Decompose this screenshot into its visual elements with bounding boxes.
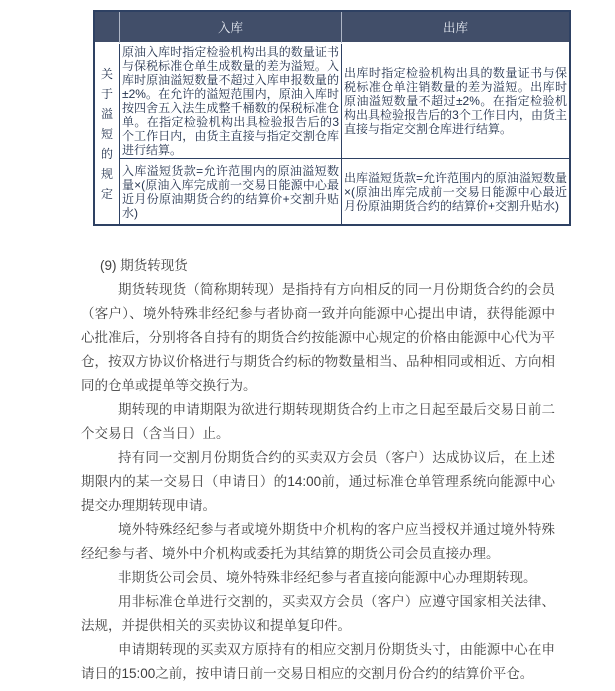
paragraph: 持有同一交割月份期货合约的买卖双方会员（客户）达成协议后，在上述期限内的某一交易… xyxy=(81,446,555,518)
paragraph: 期转现的申请期限为欲进行期转现期货合约上市之日起至最后交易日前二个交易日（含当日… xyxy=(81,398,555,446)
table-header-outbound: 出库 xyxy=(341,12,569,44)
paragraph: 期货转现货（简称期转现）是指持有方向相反的同一月份期货合约的会员（客户）、境外特… xyxy=(81,278,555,398)
cell-outbound-payment-formula: 出库溢短货款=允许范围内的原油溢短数量×(原油出库完成前一交易日能源中心最近月份… xyxy=(341,158,569,224)
table-row: 入库溢短货款=允许范围内的原油溢短数量×(原油入库完成前一交易日能源中心最近月份… xyxy=(95,158,569,224)
table-header-corner xyxy=(95,12,119,44)
document-body: (9) 期货转现货 期货转现货（简称期转现）是指持有方向相反的同一月份期货合约的… xyxy=(81,254,555,686)
paragraph: 用非标准仓单进行交割的，买卖双方会员（客户）应遵守国家相关法律、法规，并提供相关… xyxy=(81,590,555,638)
table-row: 关于溢短的规定 原油入库时指定检验机构出具的数量证书与保税标准仓单生成数量的差为… xyxy=(95,44,569,158)
table-side-label: 关于溢短的规定 xyxy=(95,44,119,224)
paragraph: 非期货公司会员、境外特殊非经纪参与者直接向能源中心办理期转现。 xyxy=(81,566,555,590)
paragraph: 申请期转现的买卖双方原持有的相应交割月份期货头寸，由能源中心在申请日的15:00… xyxy=(81,638,555,686)
cell-outbound-overage-rule: 出库时指定检验机构出具的数量证书与保税标准仓单注销数量的差为溢短。出库时原油溢短… xyxy=(341,44,569,158)
table-header-row: 入库 出库 xyxy=(95,12,569,44)
table-header-inbound: 入库 xyxy=(119,12,341,44)
cell-inbound-payment-formula: 入库溢短货款=允许范围内的原油溢短数量×(原油入库完成前一交易日能源中心最近月份… xyxy=(119,158,341,224)
side-label-text: 关于溢短的规定 xyxy=(101,64,114,204)
paragraph: 境外特殊经纪参与者或境外期货中介机构的客户应当授权并通过境外特殊经纪参与者、境外… xyxy=(81,518,555,566)
cell-inbound-overage-rule: 原油入库时指定检验机构出具的数量证书与保税标准仓单生成数量的差为溢短。入库时原油… xyxy=(119,44,341,158)
section-heading: (9) 期货转现货 xyxy=(81,254,555,278)
overage-shortage-table: 入库 出库 关于溢短的规定 原油入库时指定检验机构出具的数量证书与保税标准仓单生… xyxy=(93,10,571,226)
